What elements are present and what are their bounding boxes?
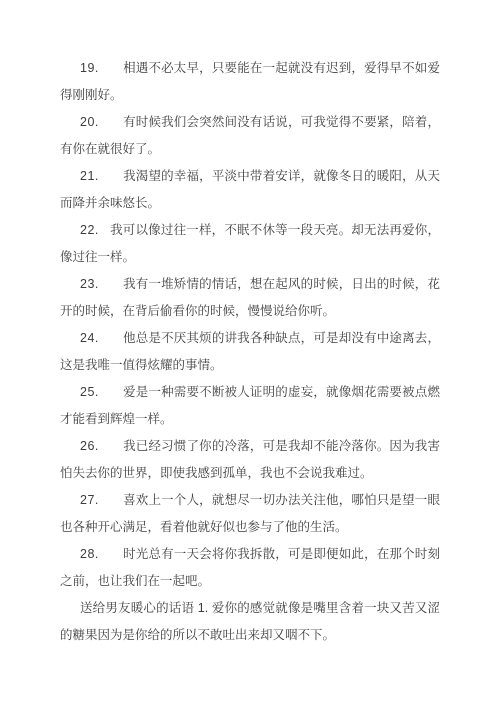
quote-text: 相遇不必太早，只要能在一起就没有迟到，爱得早不如爱得刚刚好。 [60,61,440,102]
quote-number: 25. [80,385,99,399]
quote-text: 我可以像过往一样，不眠不休等一段天亮。却无法再爱你，像过往一样。 [60,223,440,264]
quote-number: 27. [80,493,99,507]
quote-paragraph-21: 21.我渴望的幸福，平淡中带着安详，就像冬日的暖阳，从天而降并余味悠长。 [60,163,440,217]
quote-text: 爱是一种需要不断被人证明的虚妄，就像烟花需要被点燃才能看到辉煌一样。 [60,385,440,426]
quote-number: 23. [80,277,99,291]
quote-text: 他总是不厌其烦的讲我各种缺点，可是却没有中途离去，这是我唯一值得炫耀的事情。 [60,331,440,372]
quote-text: 喜欢上一个人，就想尽一切办法关注他，哪怕只是望一眼也各种开心满足，看着他就好似也… [60,493,440,534]
quote-text: 我已经习惯了你的冷落，可是我却不能冷落你。因为我害怕失去你的世界，即使我感到孤单… [60,439,440,480]
quote-paragraph-19: 19.相遇不必太早，只要能在一起就没有迟到，爱得早不如爱得刚刚好。 [60,55,440,109]
quote-paragraph-27: 27.喜欢上一个人，就想尽一切办法关注他，哪怕只是望一眼也各种开心满足，看着他就… [60,487,440,541]
quote-number: 20. [80,115,99,129]
quote-text: 我有一堆矫情的情话，想在起风的时候，日出的时候，花开的时候，在背后偷看你的时候，… [60,277,440,318]
quote-number: 19. [80,61,99,75]
quote-paragraph-28: 28.时光总有一天会将你我拆散，可是即便如此，在那个时刻之前，也让我们在一起吧。 [60,541,440,595]
closing-paragraph: 送给男友暖心的话语 1. 爱你的感觉就像是嘴里含着一块又苦又涩的糖果因为是你给的… [60,595,440,649]
quote-text: 时光总有一天会将你我拆散，可是即便如此，在那个时刻之前，也让我们在一起吧。 [60,547,440,588]
quote-paragraph-26: 26.我已经习惯了你的冷落，可是我却不能冷落你。因为我害怕失去你的世界，即使我感… [60,433,440,487]
quote-paragraph-23: 23.我有一堆矫情的情话，想在起风的时候，日出的时候，花开的时候，在背后偷看你的… [60,271,440,325]
quote-paragraph-24: 24.他总是不厌其烦的讲我各种缺点，可是却没有中途离去，这是我唯一值得炫耀的事情… [60,325,440,379]
quote-paragraph-22: 22.我可以像过往一样，不眠不休等一段天亮。却无法再爱你，像过往一样。 [60,217,440,271]
quote-number: 22. [80,223,99,237]
quote-number: 26. [80,439,99,453]
quote-text: 我渴望的幸福，平淡中带着安详，就像冬日的暖阳，从天而降并余味悠长。 [60,169,440,210]
quote-number: 24. [80,331,99,345]
quote-number: 21. [80,169,99,183]
quote-text: 有时候我们会突然间没有话说，可我觉得不要紧，陪着，有你在就很好了。 [60,115,440,156]
quote-paragraph-20: 20.有时候我们会突然间没有话说，可我觉得不要紧，陪着，有你在就很好了。 [60,109,440,163]
quote-number: 28. [80,547,99,561]
quote-paragraph-25: 25.爱是一种需要不断被人证明的虚妄，就像烟花需要被点燃才能看到辉煌一样。 [60,379,440,433]
document-page: 19.相遇不必太早，只要能在一起就没有迟到，爱得早不如爱得刚刚好。 20.有时候… [60,55,440,649]
